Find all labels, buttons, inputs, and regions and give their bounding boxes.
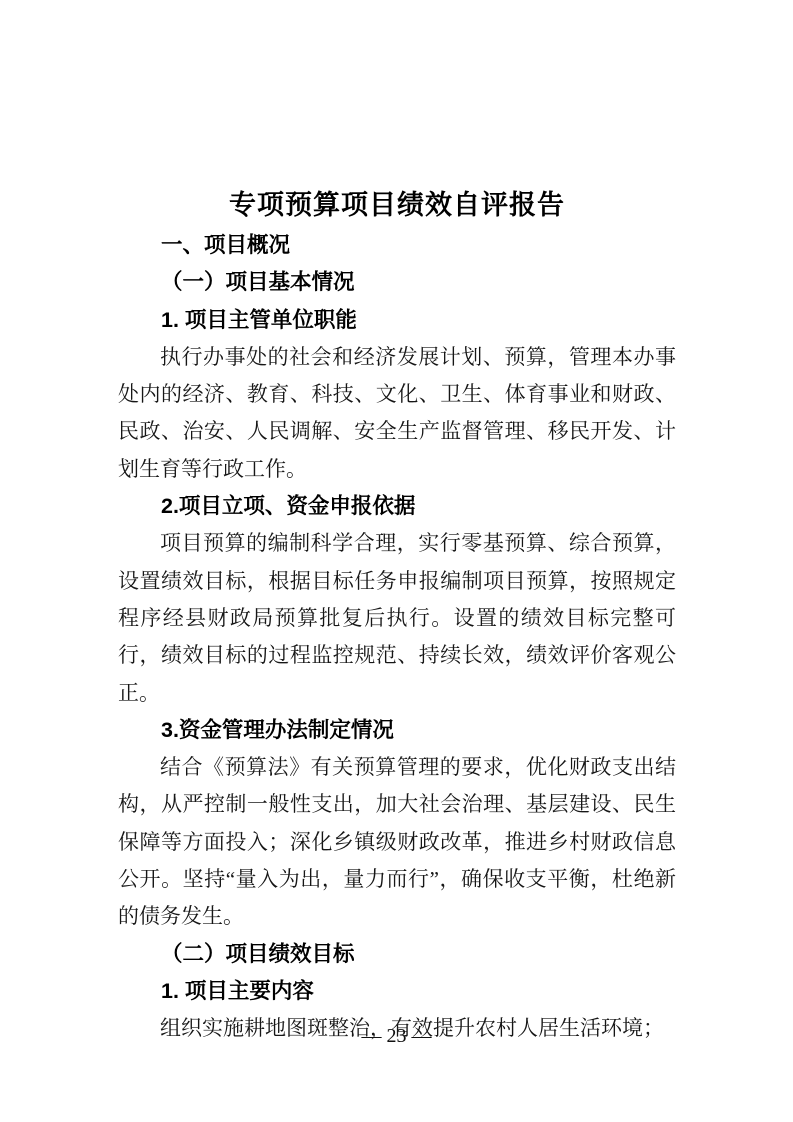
document-title: 专项预算项目绩效自评报告 [118, 183, 676, 227]
heading-approval-basis: 2.项目立项、资金申报依据 [118, 488, 676, 525]
heading-main-content: 1. 项目主要内容 [118, 973, 676, 1010]
scanned-report-page: { "document": { "title": "专项预算项目绩效自评报告",… [0, 0, 793, 1122]
page-number: — 23 — [0, 1024, 793, 1048]
heading-unit-duty: 1. 项目主管单位职能 [118, 302, 676, 339]
paragraph-fund-management: 结合《预算法》有关预算管理的要求，优化财政支出结构，从严控制一般性支出，加大社会… [118, 749, 676, 935]
heading-basic-info: （一）项目基本情况 [118, 264, 676, 301]
document-body: 专项预算项目绩效自评报告 一、项目概况 （一）项目基本情况 1. 项目主管单位职… [118, 0, 676, 1048]
heading-performance-goal: （二）项目绩效目标 [118, 936, 676, 973]
heading-fund-management: 3.资金管理办法制定情况 [118, 712, 676, 749]
paragraph-unit-duty: 执行办事处的社会和经济发展计划、预算，管理本办事处内的经济、教育、科技、文化、卫… [118, 339, 676, 488]
heading-section-1-overview: 一、项目概况 [118, 227, 676, 264]
paragraph-approval-basis: 项目预算的编制科学合理，实行零基预算、综合预算，设置绩效目标，根据目标任务申报编… [118, 525, 676, 711]
